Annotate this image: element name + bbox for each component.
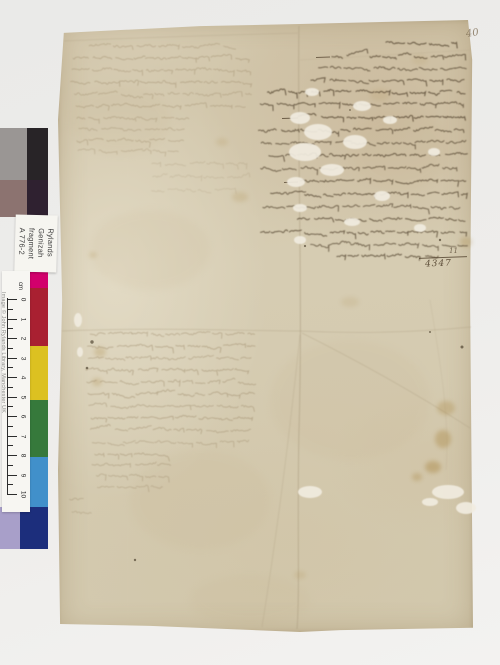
- ruler-tick-minor: [7, 367, 13, 368]
- patch-black: [27, 128, 48, 180]
- ruler-tick-minor: [7, 426, 13, 427]
- ruler-tick-major: [7, 416, 17, 417]
- ruler-tick-major: [7, 397, 17, 398]
- ruler-tick-major: [7, 358, 17, 359]
- ruler-tick-major: [7, 377, 17, 378]
- ruler-tick-major: [7, 494, 17, 495]
- shelfmark-line: fragment: [26, 228, 36, 259]
- shelfmark-label-text: RylandsGenizahfragmentA 776-2: [17, 227, 56, 259]
- ruler-tick-minor: [7, 445, 13, 446]
- ruler-tick-major: [7, 455, 17, 456]
- ruler-tick-major: [7, 436, 17, 437]
- ruler-number: 1: [20, 314, 27, 324]
- ruler-number: 6: [20, 412, 27, 422]
- shelfmark-line: A 776-2: [17, 227, 27, 258]
- patch-navy: [20, 507, 48, 549]
- ruler-tick-minor: [7, 328, 13, 329]
- shelfmark-line: Rylands: [45, 228, 55, 259]
- shelfmark-line: Genizah: [36, 228, 46, 259]
- patch-gray: [0, 128, 27, 180]
- ruler-tick-minor: [7, 465, 13, 466]
- ruler-number: 10: [20, 490, 27, 500]
- photo-stage: RylandsGenizahfragmentA 776-2 cm01234567…: [0, 0, 500, 665]
- patch-yellow: [28, 346, 48, 400]
- ruler-number: 5: [20, 392, 27, 402]
- ruler-number: 7: [20, 431, 27, 441]
- ruler-unit: cm: [17, 282, 23, 290]
- sum-mark: 11: [449, 247, 458, 255]
- ruler-number: 8: [20, 451, 27, 461]
- ruler-number: 2: [20, 334, 27, 344]
- ruler-tick-minor: [7, 484, 13, 485]
- copyright-text: Image © John Rylands Library, Manchester…: [0, 292, 6, 518]
- ruler-tick-major: [7, 299, 17, 300]
- ruler-tick-minor: [7, 406, 13, 407]
- ruler-number: 0: [20, 295, 27, 305]
- patch-crimson: [28, 288, 48, 346]
- ruler-number: 3: [20, 353, 27, 363]
- ruler-tick-major: [7, 338, 17, 339]
- shelfmark-label: RylandsGenizahfragmentA 776-2: [14, 214, 57, 272]
- ruler-tick-major: [7, 319, 17, 320]
- patch-blue: [28, 457, 48, 507]
- manuscript-sheet: [58, 20, 473, 632]
- sum-total: 4347: [425, 259, 452, 270]
- ruler-number: 9: [20, 470, 27, 480]
- patch-magenta: [28, 272, 48, 288]
- cm-ruler: cm012345678910: [2, 271, 30, 512]
- ruler-tick-minor: [7, 348, 13, 349]
- patch-mauve: [0, 180, 27, 217]
- ruler-tick-minor: [7, 309, 13, 310]
- corner-mark: 40: [465, 27, 479, 40]
- ruler-tick-minor: [7, 387, 13, 388]
- ruler-tick-major: [7, 475, 17, 476]
- patch-green: [28, 400, 48, 457]
- ruler-number: 4: [20, 373, 27, 383]
- patch-dark-plum: [27, 180, 48, 217]
